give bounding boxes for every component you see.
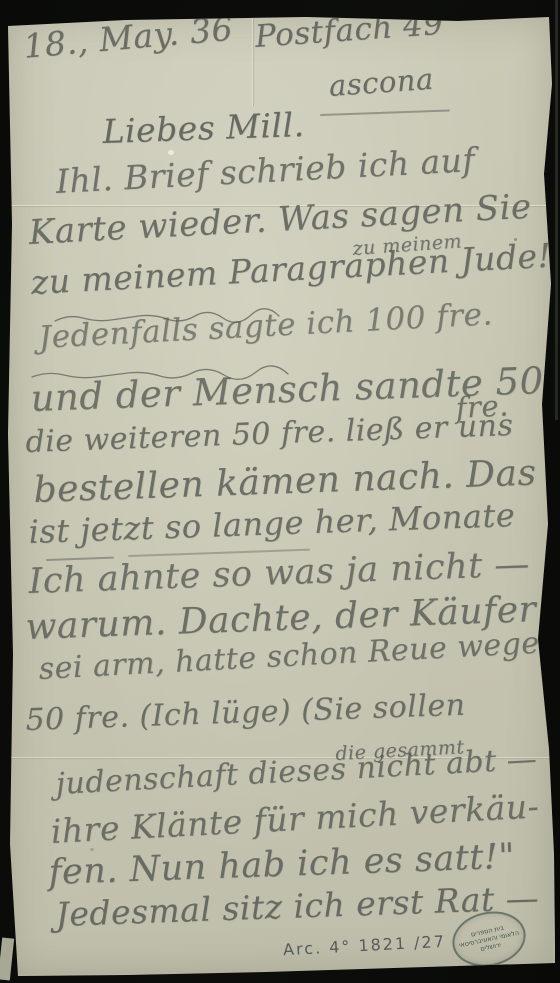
scan-edge-artifact bbox=[0, 937, 14, 980]
paper-speck bbox=[90, 848, 94, 851]
archive-note: Arc. 4° 1821 /27 bbox=[283, 932, 447, 960]
paper-speck bbox=[168, 150, 174, 155]
body-line: Jedenfalls sagte ich 100 fre. bbox=[38, 299, 493, 354]
date-line: 18., May. 36 bbox=[22, 12, 234, 63]
letter-paper: 18., May. 36 Postfach 49 ascona Liebes M… bbox=[6, 14, 555, 976]
paper-speck bbox=[514, 238, 517, 241]
postbox-line: Postfach 49 bbox=[254, 9, 444, 53]
place-line: ascona bbox=[328, 65, 435, 101]
scan-edge-artifact bbox=[555, 0, 558, 420]
body-line: Ihl. Brief schrieb ich auf bbox=[55, 143, 476, 198]
scanned-letter-page: 18., May. 36 Postfach 49 ascona Liebes M… bbox=[0, 0, 560, 983]
body-line: die weiteren 50 fre. ließ er uns bbox=[25, 411, 514, 458]
place-underline bbox=[320, 109, 450, 116]
salutation: Liebes Mill. bbox=[102, 108, 305, 148]
body-line: 50 fre. (Ich lüge) (Sie sollen bbox=[25, 691, 466, 736]
